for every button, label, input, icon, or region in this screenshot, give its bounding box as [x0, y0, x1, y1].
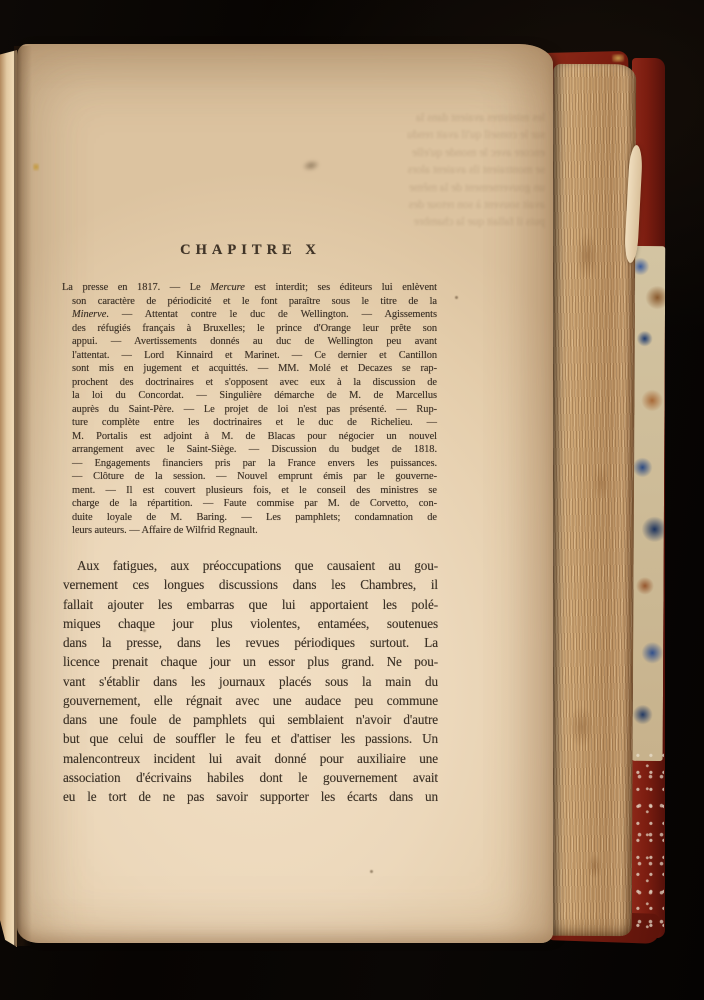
book-photograph: les ministres avaient dans lasur le cons…	[0, 0, 704, 1000]
marbled-endpaper	[632, 246, 666, 761]
summary-line: prochent des doctrinaires et s'opposent …	[62, 376, 437, 390]
book-page: les ministres avaient dans lasur le cons…	[17, 44, 553, 943]
show-through-line: les ministres avaient dans la	[147, 110, 545, 127]
summary-line: son caractère de périodicité et le font …	[62, 295, 437, 309]
body-paragraph: Aux fatigues, aux préoccupations que cau…	[63, 556, 438, 806]
show-through-line: avait souvent à son retour des	[147, 197, 545, 214]
summary-line: des réfugiés français à Bruxelles; le pr…	[62, 322, 437, 336]
summary-line: ment. — Il est couvert plusieurs fois, e…	[62, 484, 437, 498]
body-line: dans la presse, dans les revues périodiq…	[63, 633, 438, 652]
summary-line: ture complète entre les doctrinaires et …	[62, 416, 437, 430]
body-line: fallait ajouter les embarras que lui app…	[63, 595, 438, 614]
summary-line: — Engagements financiers pris par la Fra…	[62, 457, 437, 471]
show-through-line: sur le conseil qu'il avait rendu	[147, 127, 545, 144]
summary-line: duite loyale de M. Baring. — Les pamphle…	[62, 511, 437, 525]
body-line: malencontreux incident lui avait donné p…	[63, 749, 438, 768]
text-block-fore-edge	[549, 64, 637, 936]
summary-line: La presse en 1817. — Le Mercure est inte…	[62, 281, 437, 295]
body-line: eu le tort de ne pas savoir supporter le…	[63, 787, 438, 806]
body-line: vernement ces longues discussions dans l…	[63, 575, 438, 594]
body-line: Aux fatigues, aux préoccupations que cau…	[63, 556, 438, 575]
summary-line: arrangement avec le Saint-Siège. — Discu…	[62, 443, 437, 457]
summary-line: leurs auteurs. — Affaire de Wilfrid Regn…	[62, 524, 437, 538]
body-line: dans une foule de pamphlets qui semblaie…	[63, 710, 438, 729]
show-through-line: puis il fallait que la chambre	[147, 214, 545, 231]
summary-line: charge de la répartition. — Faute commis…	[62, 497, 437, 511]
summary-line: — Clôture de la session. — Nouvel emprun…	[62, 470, 437, 484]
show-through-line: encore avec le monde qu'elle	[147, 145, 545, 162]
body-line: licence prenait chaque jour un essor plu…	[63, 652, 438, 671]
summary-line: sont mis en jugement et acquittés. — MM.…	[62, 362, 437, 376]
body-line: association d'écrivains habiles dont le …	[63, 768, 438, 787]
worn-leather-speckles	[634, 752, 664, 934]
left-page-edge	[0, 50, 17, 947]
body-line: gouvernement, elle régnait avec une auda…	[63, 691, 438, 710]
gilt-glint	[33, 163, 39, 171]
summary-line: auprès du Saint-Père. — Le projet de loi…	[62, 403, 437, 417]
paper-speck	[370, 870, 373, 873]
summary-line: appui. — Avertissements donnés au duc de…	[62, 335, 437, 349]
chapter-heading: CHAPITRE X	[63, 242, 438, 259]
paper-speck	[455, 296, 458, 299]
show-through-line: un gouvernement de la même	[147, 180, 545, 197]
chapter-summary: La presse en 1817. — Le Mercure est inte…	[62, 281, 437, 538]
summary-line: Minerve. — Attentat contre le duc de Wel…	[62, 308, 437, 322]
show-through-text: les ministres avaient dans lasur le cons…	[147, 110, 545, 232]
summary-line: la loi du Concordat. — Singulière démarc…	[62, 389, 437, 403]
body-line: but que celui de souffler le feu et d'at…	[63, 729, 438, 748]
summary-line: l'attentat. — Lord Kinnaird et Marinet. …	[62, 349, 437, 363]
show-through-line: se montraient ils avaient alors	[147, 162, 545, 179]
summary-line: M. Portalis est adjoint à M. de Blacas p…	[62, 430, 437, 444]
body-line: vant s'établir dans les journaux placés …	[63, 672, 438, 691]
body-line: miques chaque jour plus violentes, entam…	[63, 614, 438, 633]
